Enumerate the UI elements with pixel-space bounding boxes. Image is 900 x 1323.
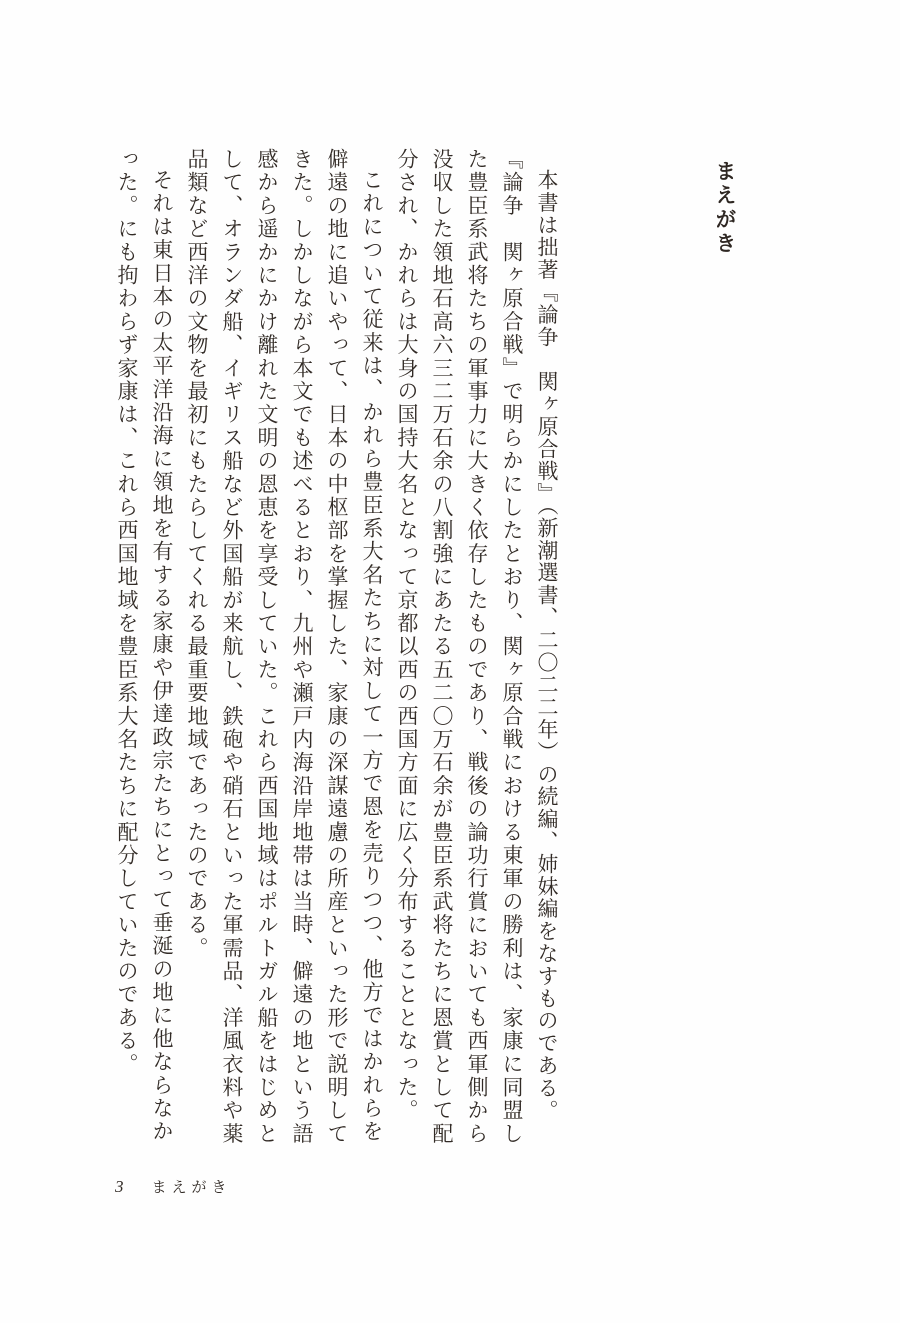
paragraph-1: 本書は拙著『論争 関ヶ原合戦』（新潮選書、二〇二二年）の続編、姉妹編をなすもので…	[529, 148, 564, 1152]
running-title: まえがき	[152, 1176, 232, 1197]
paragraph-4: それは東日本の太平洋沿海に領地を有する家康や伊達政宗たちにとって垂涎の地に他なら…	[109, 148, 179, 1152]
footer: 3 まえがき	[115, 1176, 232, 1197]
paragraph-3: これについて従来は、かれら豊臣系大名たちに対して一方で恩を売りつつ、他方ではかれ…	[179, 148, 389, 1152]
paragraph-2: 『論争 関ヶ原合戦』で明らかにしたとおり、関ヶ原合戦における東軍の勝利は、家康に…	[389, 148, 529, 1152]
page-title: まえがき	[710, 160, 740, 256]
book-page: まえがき 本書は拙著『論争 関ヶ原合戦』（新潮選書、二〇二二年）の続編、姉妹編を…	[0, 0, 900, 1323]
page-number: 3	[115, 1177, 124, 1197]
body-text: 本書は拙著『論争 関ヶ原合戦』（新潮選書、二〇二二年）の続編、姉妹編をなすもので…	[109, 148, 564, 1152]
